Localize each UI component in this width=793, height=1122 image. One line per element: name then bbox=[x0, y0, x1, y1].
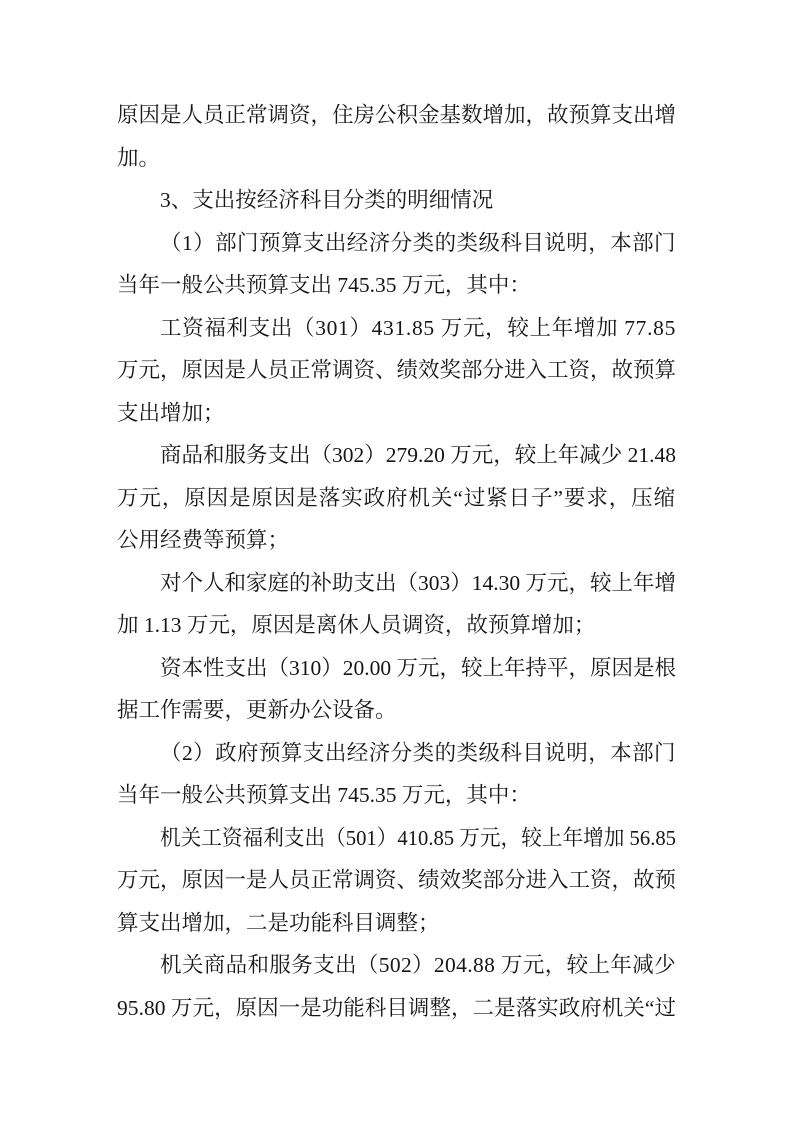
text-line-content: 3、支出按经济科目分类的明细情况 bbox=[160, 179, 493, 222]
text-line: 3、支出按经济科目分类的明细情况 bbox=[117, 179, 676, 222]
text-line-content: 算支出增加，二是功能科目调整； bbox=[117, 902, 440, 945]
text-line: 万元，原因是原因是落实政府机关“过紧日子”要求，压缩 bbox=[117, 477, 676, 520]
text-line-content: 商品和服务支出（302）279.20 万元，较上年减少 21.48 bbox=[160, 434, 676, 477]
paragraph: 资本性支出（310）20.00 万元，较上年持平，原因是根据工作需要，更新办公设… bbox=[117, 647, 676, 732]
document-page: 原因是人员正常调资，住房公积金基数增加，故预算支出增加。3、支出按经济科目分类的… bbox=[0, 0, 793, 1122]
paragraph: 机关工资福利支出（501）410.85 万元，较上年增加 56.85万元，原因一… bbox=[117, 817, 676, 945]
text-line-content: 公用经费等预算； bbox=[117, 519, 289, 562]
text-line-content: 95.80 万元，原因一是功能科目调整，二是落实政府机关“过 bbox=[117, 987, 676, 1030]
text-line-content: 当年一般公共预算支出 745.35 万元，其中： bbox=[117, 264, 531, 307]
text-line: 支出增加； bbox=[117, 392, 676, 435]
paragraph: 机关商品和服务支出（502）204.88 万元，较上年减少95.80 万元，原因… bbox=[117, 944, 676, 1029]
text-line: 当年一般公共预算支出 745.35 万元，其中： bbox=[117, 774, 676, 817]
text-line-content: 支出增加； bbox=[117, 392, 225, 435]
text-line: （1）部门预算支出经济分类的类级科目说明，本部门 bbox=[117, 222, 676, 265]
text-line-content: 当年一般公共预算支出 745.35 万元，其中： bbox=[117, 774, 531, 817]
text-line: 加 1.13 万元，原因是离休人员调资，故预算增加； bbox=[117, 604, 676, 647]
text-line: （2）政府预算支出经济分类的类级科目说明，本部门 bbox=[117, 732, 676, 775]
text-line-content: 机关商品和服务支出（502）204.88 万元，较上年减少 bbox=[160, 944, 676, 987]
text-line-content: 机关工资福利支出（501）410.85 万元，较上年增加 56.85 bbox=[160, 817, 676, 860]
paragraph: 3、支出按经济科目分类的明细情况 bbox=[117, 179, 676, 222]
text-line-content: 万元，原因是原因是落实政府机关“过紧日子”要求，压缩 bbox=[117, 477, 676, 520]
text-line-content: 加 1.13 万元，原因是离休人员调资，故预算增加； bbox=[117, 604, 595, 647]
text-line: 工资福利支出（301）431.85 万元，较上年增加 77.85 bbox=[117, 307, 676, 350]
paragraph: 原因是人员正常调资，住房公积金基数增加，故预算支出增加。 bbox=[117, 94, 676, 179]
text-line: 公用经费等预算； bbox=[117, 519, 676, 562]
text-line: 万元，原因是人员正常调资、绩效奖部分进入工资，故预算 bbox=[117, 349, 676, 392]
text-line: 机关工资福利支出（501）410.85 万元，较上年增加 56.85 bbox=[117, 817, 676, 860]
text-line: 对个人和家庭的补助支出（303）14.30 万元，较上年增 bbox=[117, 562, 676, 605]
text-line: 当年一般公共预算支出 745.35 万元，其中： bbox=[117, 264, 676, 307]
document-body: 原因是人员正常调资，住房公积金基数增加，故预算支出增加。3、支出按经济科目分类的… bbox=[117, 94, 676, 1029]
text-line-content: （2）政府预算支出经济分类的类级科目说明，本部门 bbox=[160, 732, 676, 775]
paragraph: 对个人和家庭的补助支出（303）14.30 万元，较上年增加 1.13 万元，原… bbox=[117, 562, 676, 647]
text-line: 原因是人员正常调资，住房公积金基数增加，故预算支出增 bbox=[117, 94, 676, 137]
paragraph: 工资福利支出（301）431.85 万元，较上年增加 77.85万元，原因是人员… bbox=[117, 307, 676, 435]
paragraph: （1）部门预算支出经济分类的类级科目说明，本部门当年一般公共预算支出 745.3… bbox=[117, 222, 676, 307]
paragraph: （2）政府预算支出经济分类的类级科目说明，本部门当年一般公共预算支出 745.3… bbox=[117, 732, 676, 817]
text-line: 加。 bbox=[117, 137, 676, 180]
text-line-content: 据工作需要，更新办公设备。 bbox=[117, 689, 397, 732]
text-line: 95.80 万元，原因一是功能科目调整，二是落实政府机关“过 bbox=[117, 987, 676, 1030]
text-line: 据工作需要，更新办公设备。 bbox=[117, 689, 676, 732]
text-line-content: （1）部门预算支出经济分类的类级科目说明，本部门 bbox=[160, 222, 676, 265]
text-line: 算支出增加，二是功能科目调整； bbox=[117, 902, 676, 945]
text-line-content: 原因是人员正常调资，住房公积金基数增加，故预算支出增 bbox=[117, 94, 676, 137]
text-line: 万元，原因一是人员正常调资、绩效奖部分进入工资，故预 bbox=[117, 859, 676, 902]
paragraph: 商品和服务支出（302）279.20 万元，较上年减少 21.48万元，原因是原… bbox=[117, 434, 676, 562]
text-line: 资本性支出（310）20.00 万元，较上年持平，原因是根 bbox=[117, 647, 676, 690]
text-line-content: 工资福利支出（301）431.85 万元，较上年增加 77.85 bbox=[160, 307, 676, 350]
text-line: 商品和服务支出（302）279.20 万元，较上年减少 21.48 bbox=[117, 434, 676, 477]
text-line-content: 万元，原因是人员正常调资、绩效奖部分进入工资，故预算 bbox=[117, 349, 676, 392]
text-line-content: 加。 bbox=[117, 137, 160, 180]
text-line-content: 对个人和家庭的补助支出（303）14.30 万元，较上年增 bbox=[160, 562, 676, 605]
text-line: 机关商品和服务支出（502）204.88 万元，较上年减少 bbox=[117, 944, 676, 987]
text-line-content: 万元，原因一是人员正常调资、绩效奖部分进入工资，故预 bbox=[117, 859, 676, 902]
text-line-content: 资本性支出（310）20.00 万元，较上年持平，原因是根 bbox=[160, 647, 676, 690]
